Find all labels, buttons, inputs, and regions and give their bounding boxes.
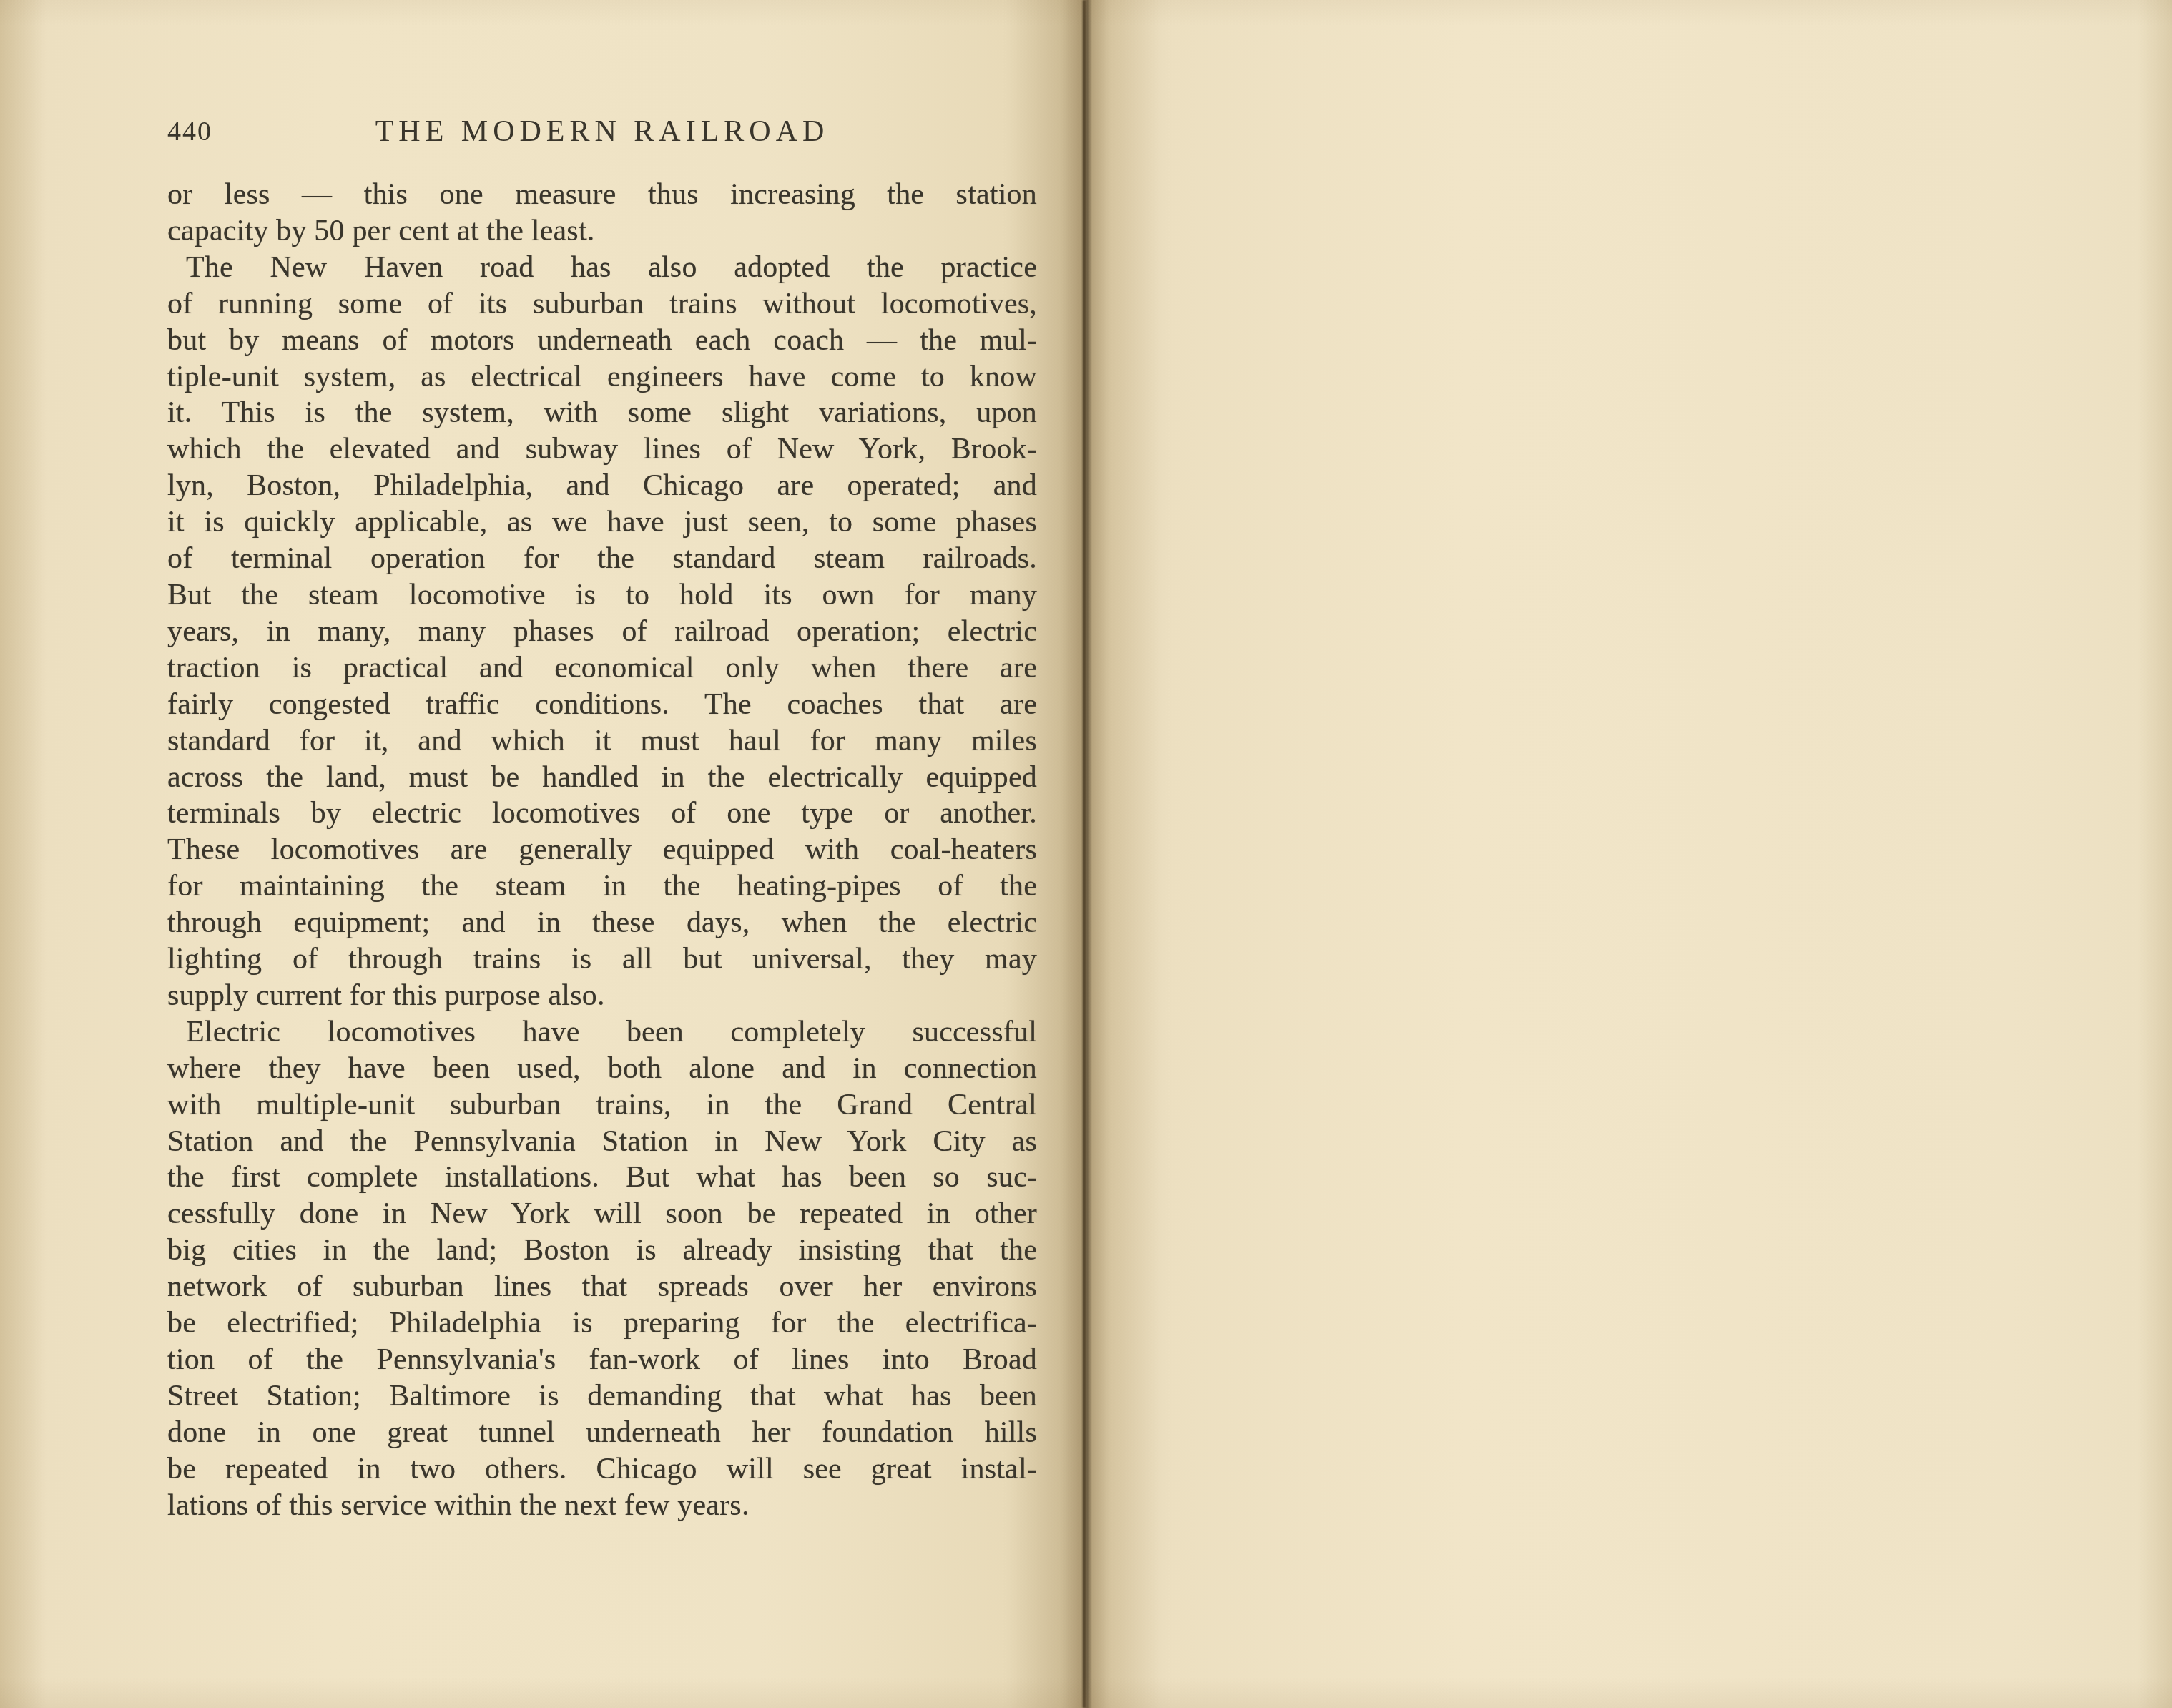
text-line: it is quickly applicable, as we have jus… (167, 504, 1037, 541)
paragraph: The New Haven road has also adopted the … (167, 250, 1037, 1014)
text-line: with multiple-unit suburban trains, in t… (167, 1087, 1037, 1124)
text-line: capacity by 50 per cent at the least. (167, 213, 1037, 250)
text-line: the first complete installations. But wh… (167, 1159, 1037, 1196)
text-line: fairly congested traffic conditions. The… (167, 687, 1037, 723)
text-line: The New Haven road has also adopted the … (167, 250, 1037, 286)
text-line: standard for it, and which it must haul … (167, 723, 1037, 760)
paragraph: Electric locomotives have been completel… (167, 1014, 1037, 1524)
text-line: of terminal operation for the standard s… (167, 541, 1037, 577)
text-line: which the elevated and subway lines of N… (167, 431, 1037, 468)
text-line: but by means of motors underneath each c… (167, 323, 1037, 359)
text-line: be electrified; Philadelphia is preparin… (167, 1305, 1037, 1342)
text-line: of running some of its suburban trains w… (167, 286, 1037, 323)
text-line: tiple-unit system, as electrical enginee… (167, 359, 1037, 396)
book-spread: 440 THE MODERN RAILROAD or less — this o… (0, 0, 2172, 1708)
text-line: through equipment; and in these days, wh… (167, 905, 1037, 941)
text-line: lyn, Boston, Philadelphia, and Chicago a… (167, 468, 1037, 504)
text-line: done in one great tunnel underneath her … (167, 1415, 1037, 1451)
running-head-left: THE MODERN RAILROAD (167, 114, 1037, 149)
text-line: But the steam locomotive is to hold its … (167, 577, 1037, 614)
text-line: terminals by electric locomotives of one… (167, 795, 1037, 832)
text-line: for maintaining the steam in the heating… (167, 868, 1037, 905)
paragraph: or less — this one measure thus increasi… (167, 177, 1037, 250)
text-line: lighting of through trains is all but un… (167, 941, 1037, 978)
text-line: years, in many, many phases of railroad … (167, 614, 1037, 650)
page-body-left: or less — this one measure thus increasi… (167, 177, 1037, 1524)
text-line: network of suburban lines that spreads o… (167, 1269, 1037, 1305)
text-line: Street Station; Baltimore is demanding t… (167, 1378, 1037, 1415)
text-line: These locomotives are generally equipped… (167, 832, 1037, 868)
text-line: Electric locomotives have been completel… (167, 1014, 1037, 1051)
text-line: across the land, must be handled in the … (167, 760, 1037, 796)
text-line: Station and the Pennsylvania Station in … (167, 1124, 1037, 1160)
text-line: tion of the Pennsylvania's fan-work of l… (167, 1342, 1037, 1378)
text-line: big cities in the land; Boston is alread… (167, 1232, 1037, 1269)
folio-left: 440 (167, 116, 212, 147)
page-right: THE COMING OF ELECTRICITY 441 Nor is the… (1085, 0, 2172, 1708)
text-line: be repeated in two others. Chicago will … (167, 1451, 1037, 1488)
text-line: or less — this one measure thus increasi… (167, 177, 1037, 213)
text-line: traction is practical and economical onl… (167, 650, 1037, 687)
text-line: lations of this service within the next … (167, 1488, 1037, 1524)
text-line: cessfully done in New York will soon be … (167, 1196, 1037, 1232)
text-line: it. This is the system, with some slight… (167, 395, 1037, 431)
text-line: where they have been used, both alone an… (167, 1051, 1037, 1087)
text-line: supply current for this purpose also. (167, 978, 1037, 1014)
page-header-left: 440 THE MODERN RAILROAD (167, 114, 1037, 152)
page-left: 440 THE MODERN RAILROAD or less — this o… (0, 0, 1085, 1708)
